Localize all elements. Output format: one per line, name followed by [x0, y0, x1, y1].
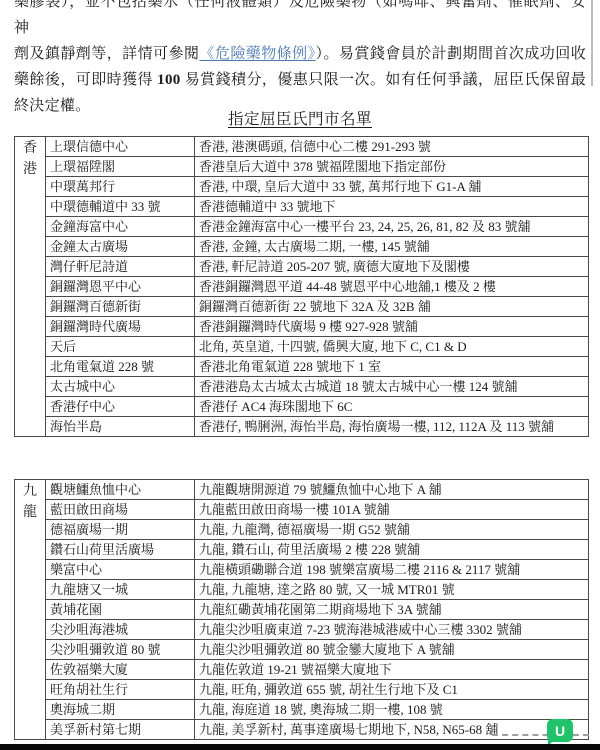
intro-line-3: 藥餘後，可即時獲得 100 易賞錢積分，優惠只限一次。如有任何爭議，屈臣氏保留最 [14, 67, 586, 93]
table-row: 旺角胡社生行九龍, 旺角, 彌敦道 655 號, 胡社生行地下及 C1 [15, 680, 589, 700]
intro-line-3-text: 藥餘後，可即時獲得 [14, 72, 157, 88]
store-address: 香港港島太古城太古城道 18 號太古城中心一樓 124 號舖 [195, 377, 589, 397]
store-name: 德福廣場一期 [46, 520, 195, 540]
page-title-text: 指定屈臣氏門市名單 [228, 111, 372, 128]
store-name: 美孚新村第七期 [46, 720, 195, 740]
store-address: 九龍尖沙咀彌敦道 80 號金鑾大廈地下 A 號舖 [195, 640, 589, 660]
dangerous-drugs-ordinance-link[interactable]: 《危險藥物條例》 [199, 46, 315, 62]
store-name: 金鐘海富中心 [46, 217, 195, 237]
store-name: 九龍塘又一城 [46, 580, 195, 600]
store-address: 香港, 軒尼詩道 205-207 號, 廣德大廈地下及閣樓 [195, 257, 589, 277]
store-name: 上環信德中心 [46, 137, 195, 157]
table-row: 鑽石山荷里活廣場九龍, 鑽石山, 荷里活廣場 2 樓 228 號舖 [15, 540, 589, 560]
store-address: 銅鑼灣百德新街 22 號地下 32A 及 32B 舖 [195, 297, 589, 317]
table-row: 樂富中心九龍橫頭磡聯合道 198 號樂富廣場二樓 2116 & 2117 號舖 [15, 560, 589, 580]
table-row: 尖沙咀海港城九龍尖沙咀廣東道 7-23 號海港城港威中心三樓 3302 號舖 [15, 620, 589, 640]
table-row: 香港仔中心香港仔 AC4 海珠閣地下 6C [15, 397, 589, 417]
table-row: 天后北角, 英皇道, 十四號, 僑興大廈, 地下 C, C1 & D [15, 337, 589, 357]
store-name: 旺角胡社生行 [46, 680, 195, 700]
store-address: 北角, 英皇道, 十四號, 僑興大廈, 地下 C, C1 & D [195, 337, 589, 357]
store-name: 黃埔花園 [46, 600, 195, 620]
store-name: 灣仔軒尼詩道 [46, 257, 195, 277]
store-address: 九龍, 旺角, 彌敦道 655 號, 胡社生行地下及 C1 [195, 680, 589, 700]
intro-line-1-text: 藥膠袋），並不包括藥水（任何液體類）及危險藥物（如嗎啡、興奮劑、催眠劑、安神 [14, 0, 586, 36]
table-row: 銅鑼灣百德新街銅鑼灣百德新街 22 號地下 32A 及 32B 舖 [15, 297, 589, 317]
store-name: 香港仔中心 [46, 397, 195, 417]
store-address: 香港銅鑼灣恩平道 44-48 號恩平中心地舖,1 樓及 2 樓 [195, 277, 589, 297]
table-row: 奧海城二期九龍, 海庭道 18 號, 奧海城二期一樓, 108 號 [15, 700, 589, 720]
table-row: 中環萬邦行香港, 中環, 皇后大道中 33 號, 萬邦行地下 G1-A 舖 [15, 177, 589, 197]
store-address: 九龍, 九龍塘, 達之路 80 號, 又一城 MTR01 號 [195, 580, 589, 600]
store-address: 香港北角電氣道 228 號地下 1 室 [195, 357, 589, 377]
store-name: 佐敦福樂大廈 [46, 660, 195, 680]
points-value: 100 [157, 72, 180, 88]
document-page: 藥膠袋），並不包括藥水（任何液體類）及危險藥物（如嗎啡、興奮劑、催眠劑、安神 劑… [0, 0, 600, 750]
u-logo-letter: U [555, 723, 565, 739]
table-row: 中環德輔道中 33 號香港德輔道中 33 號地下 [15, 197, 589, 217]
table-row: 九龍塘又一城九龍, 九龍塘, 達之路 80 號, 又一城 MTR01 號 [15, 580, 589, 600]
store-address: 九龍橫頭磡聯合道 198 號樂富廣場二樓 2116 & 2117 號舖 [195, 560, 589, 580]
table-row: 黃埔花園九龍紅磡黃埔花園第二期商場地下 3A 號舖 [15, 600, 589, 620]
store-address: 香港仔 AC4 海珠閣地下 6C [195, 397, 589, 417]
dashed-cut-line [492, 734, 589, 736]
region-header: 九龍 [15, 480, 46, 740]
table-row: 銅鑼灣恩平中心香港銅鑼灣恩平道 44-48 號恩平中心地舖,1 樓及 2 樓 [15, 277, 589, 297]
store-name: 觀塘鱷魚恤中心 [46, 480, 195, 500]
page-title: 指定屈臣氏門市名單 [0, 107, 600, 129]
store-address: 香港仔, 鴨脷洲, 海怡半島, 海怡廣場一樓, 112, 112A 及 113 … [195, 417, 589, 437]
table-row: 九龍觀塘鱷魚恤中心九龍觀塘開源道 79 號鱷魚恤中心地下 A 舖 [15, 480, 589, 500]
store-address: 香港皇后大道中 378 號福陞閣地下指定部份 [195, 157, 589, 177]
table-row: 海怡半島香港仔, 鴨脷洲, 海怡半島, 海怡廣場一樓, 112, 112A 及 … [15, 417, 589, 437]
store-name: 中環德輔道中 33 號 [46, 197, 195, 217]
store-name: 尖沙咀彌敦道 80 號 [46, 640, 195, 660]
store-name: 樂富中心 [46, 560, 195, 580]
store-name: 天后 [46, 337, 195, 357]
store-name: 尖沙咀海港城 [46, 620, 195, 640]
table-row: 藍田啟田商場九龍藍田啟田商場一樓 101A 號舖 [15, 500, 589, 520]
store-name: 銅鑼灣百德新街 [46, 297, 195, 317]
store-address: 香港, 金鐘, 太古廣場二期, 一樓, 145 號舖 [195, 237, 589, 257]
table-row: 銅鑼灣時代廣場香港銅鑼灣時代廣場 9 樓 927-928 號舖 [15, 317, 589, 337]
table-row: 佐敦福樂大廈九龍佐敦道 19-21 號福樂大廈地下 [15, 660, 589, 680]
store-name: 金鐘太古廣場 [46, 237, 195, 257]
store-address: 九龍觀塘開源道 79 號鱷魚恤中心地下 A 舖 [195, 480, 589, 500]
store-address: 香港金鐘海富中心一樓平台 23, 24, 25, 26, 81, 82 及 83… [195, 217, 589, 237]
intro-line-2-tail: ）。易賞錢會員於計劃期間首次成功回收 [316, 46, 586, 62]
stores-table-hongkong: 香港上環信德中心香港, 港澳碼頭, 信德中心二樓 291-293 號上環福陞閣香… [14, 136, 589, 437]
store-address: 香港, 港澳碼頭, 信德中心二樓 291-293 號 [195, 137, 589, 157]
store-name: 海怡半島 [46, 417, 195, 437]
region-header: 香港 [15, 137, 46, 437]
store-address: 香港德輔道中 33 號地下 [195, 197, 589, 217]
table-row: 尖沙咀彌敦道 80 號九龍尖沙咀彌敦道 80 號金鑾大廈地下 A 號舖 [15, 640, 589, 660]
store-name: 鑽石山荷里活廣場 [46, 540, 195, 560]
table-row: 上環福陞閣香港皇后大道中 378 號福陞閣地下指定部份 [15, 157, 589, 177]
store-address: 九龍, 海庭道 18 號, 奧海城二期一樓, 108 號 [195, 700, 589, 720]
store-address: 九龍藍田啟田商場一樓 101A 號舖 [195, 500, 589, 520]
table-row: 北角電氣道 228 號香港北角電氣道 228 號地下 1 室 [15, 357, 589, 377]
store-address: 九龍, 鑽石山, 荷里活廣場 2 樓 228 號舖 [195, 540, 589, 560]
store-address: 九龍紅磡黃埔花園第二期商場地下 3A 號舖 [195, 600, 589, 620]
intro-line-3-tail: 易賞錢積分，優惠只限一次。如有任何爭議，屈臣氏保留最 [181, 72, 586, 88]
store-address: 香港銅鑼灣時代廣場 9 樓 927-928 號舖 [195, 317, 589, 337]
table-row: 香港上環信德中心香港, 港澳碼頭, 信德中心二樓 291-293 號 [15, 137, 589, 157]
store-name: 銅鑼灣恩平中心 [46, 277, 195, 297]
store-address: 香港, 中環, 皇后大道中 33 號, 萬邦行地下 G1-A 舖 [195, 177, 589, 197]
store-name: 北角電氣道 228 號 [46, 357, 195, 377]
table-row: 金鐘海富中心香港金鐘海富中心一樓平台 23, 24, 25, 26, 81, 8… [15, 217, 589, 237]
store-address: 九龍佐敦道 19-21 號福樂大廈地下 [195, 660, 589, 680]
table-row: 美孚新村第七期九龍, 美孚新村, 萬事達廣場七期地下, N58, N65-68 … [15, 720, 589, 740]
store-name: 奧海城二期 [46, 700, 195, 720]
intro-line-2-text: 劑及鎮靜劑等，詳情可參閱 [14, 46, 199, 62]
table-row: 太古城中心香港港島太古城太古城道 18 號太古城中心一樓 124 號舖 [15, 377, 589, 397]
store-name: 太古城中心 [46, 377, 195, 397]
store-name: 藍田啟田商場 [46, 500, 195, 520]
bottom-black-bar [0, 744, 600, 750]
store-address: 九龍, 美孚新村, 萬事達廣場七期地下, N58, N65-68 舖 [195, 720, 589, 740]
store-name: 中環萬邦行 [46, 177, 195, 197]
table-row: 金鐘太古廣場香港, 金鐘, 太古廣場二期, 一樓, 145 號舖 [15, 237, 589, 257]
store-name: 上環福陞閣 [46, 157, 195, 177]
store-address: 九龍, 九龍灣, 德福廣場一期 G52 號舖 [195, 520, 589, 540]
store-address: 九龍尖沙咀廣東道 7-23 號海港城港威中心三樓 3302 號舖 [195, 620, 589, 640]
stores-table-kowloon: 九龍觀塘鱷魚恤中心九龍觀塘開源道 79 號鱷魚恤中心地下 A 舖藍田啟田商場九龍… [14, 479, 589, 740]
u-lifestyle-watermark-logo: U [547, 719, 573, 742]
store-name: 銅鑼灣時代廣場 [46, 317, 195, 337]
intro-line-2: 劑及鎮靜劑等，詳情可參閱《危險藥物條例》）。易賞錢會員於計劃期間首次成功回收 [14, 41, 586, 67]
intro-line-1: 藥膠袋），並不包括藥水（任何液體類）及危險藥物（如嗎啡、興奮劑、催眠劑、安神 [14, 0, 586, 41]
intro-paragraph: 藥膠袋），並不包括藥水（任何液體類）及危險藥物（如嗎啡、興奮劑、催眠劑、安神 劑… [14, 0, 586, 119]
scrollbar-fragment[interactable] [591, 0, 593, 86]
table-row: 德福廣場一期九龍, 九龍灣, 德福廣場一期 G52 號舖 [15, 520, 589, 540]
table-row: 灣仔軒尼詩道香港, 軒尼詩道 205-207 號, 廣德大廈地下及閣樓 [15, 257, 589, 277]
